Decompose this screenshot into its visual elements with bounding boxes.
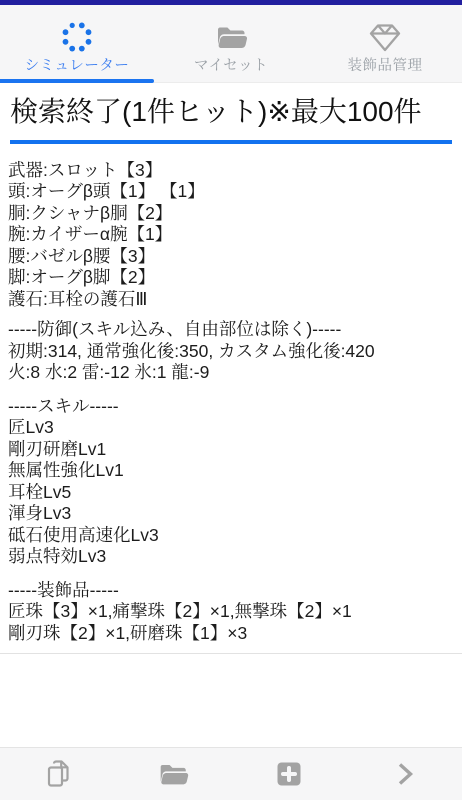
add-icon — [271, 756, 307, 792]
open-myset-button[interactable] — [116, 748, 232, 800]
copy-icon — [40, 756, 76, 792]
defense-stats: 初期:314, 通常強化後:350, カスタム強化後:420 — [8, 341, 375, 361]
bottom-toolbar — [0, 747, 462, 800]
next-result-button[interactable] — [347, 748, 462, 800]
tab-bar: シミュレーター マイセット 装飾品管理 — [0, 5, 462, 83]
tab-simulator-label: シミュレーター — [25, 59, 130, 74]
decorations-header: -----装飾品----- — [8, 580, 119, 600]
result-heading: 検索終了(1件ヒット)※最大100件 — [10, 95, 452, 129]
folder-open-icon — [155, 756, 191, 792]
tab-decoration-manager[interactable]: 装飾品管理 — [308, 5, 462, 82]
chevron-right-icon — [386, 756, 422, 792]
diamond-icon — [366, 20, 404, 54]
skills-header: -----スキル----- — [8, 396, 119, 416]
copy-result-button[interactable] — [0, 748, 116, 800]
result-panel: 検索終了(1件ヒット)※最大100件 武器:スロット【3】 頭:オーグβ頭【1】… — [0, 83, 462, 747]
app-window: シミュレーター マイセット 装飾品管理 検索終了(1件ヒット — [0, 0, 462, 800]
heading-divider — [10, 140, 452, 144]
folder-icon — [212, 20, 250, 54]
defense-section: -----防御(スキル込み、自由部位は除く)----- 初期:314, 通常強化… — [8, 319, 454, 384]
tab-simulator[interactable]: シミュレーター — [0, 5, 154, 82]
decorations-section: -----装飾品----- 匠珠【3】×1,痛撃珠【2】×1,無撃珠【2】×1 … — [8, 580, 454, 645]
tab-myset[interactable]: マイセット — [154, 5, 308, 82]
defense-header: -----防御(スキル込み、自由部位は除く)----- — [8, 319, 341, 339]
defense-resistances: 火:8 水:2 雷:-12 氷:1 龍:-9 — [8, 362, 209, 382]
equipment-list: 武器:スロット【3】 頭:オーグβ頭【1】 【1】 胴:クシャナβ胴【2】 腕:… — [8, 160, 454, 311]
skills-list: 匠Lv3 剛刃研磨Lv1 無属性強化Lv1 耳栓Lv5 渾身Lv3 砥石使用高速… — [8, 417, 159, 566]
tab-myset-label: マイセット — [194, 59, 268, 74]
decorations-list: 匠珠【3】×1,痛撃珠【2】×1,無撃珠【2】×1 剛刃珠【2】×1,研磨珠【1… — [8, 601, 352, 643]
result-end-divider — [0, 653, 462, 654]
add-set-button[interactable] — [231, 748, 347, 800]
skills-section: -----スキル----- 匠Lv3 剛刃研磨Lv1 無属性強化Lv1 耳栓Lv… — [8, 396, 454, 568]
tab-decoration-manager-label: 装飾品管理 — [348, 59, 423, 74]
spinner-dots-icon — [58, 20, 96, 54]
